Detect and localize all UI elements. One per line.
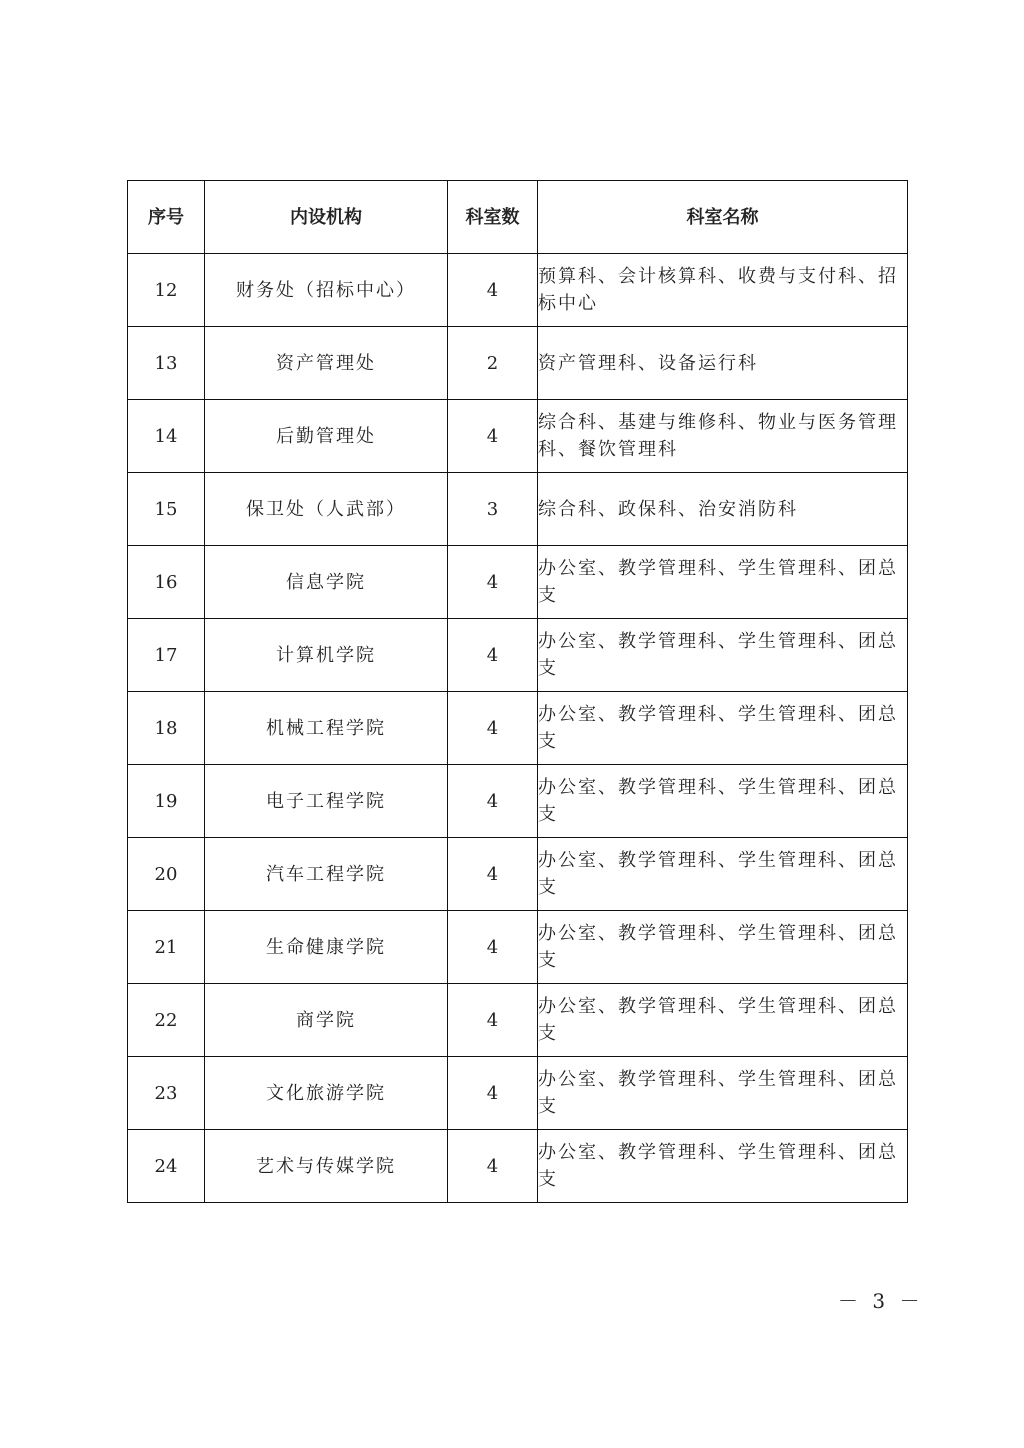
row-section-names: 预算科、会计核算科、收费与支付科、招标中心: [538, 254, 908, 327]
table-row: 22商学院4办公室、教学管理科、学生管理科、团总支: [128, 984, 908, 1057]
row-serial: 21: [128, 911, 205, 984]
row-section-count: 4: [448, 838, 538, 911]
header-section-count: 科室数: [448, 181, 538, 254]
header-department: 内设机构: [205, 181, 448, 254]
row-section-count: 3: [448, 473, 538, 546]
row-section-count: 4: [448, 400, 538, 473]
row-section-count: 4: [448, 984, 538, 1057]
row-section-names: 办公室、教学管理科、学生管理科、团总支: [538, 692, 908, 765]
row-serial: 22: [128, 984, 205, 1057]
page-number: － 3 －: [838, 1285, 923, 1314]
row-section-names: 综合科、基建与维修科、物业与医务管理科、餐饮管理科: [538, 400, 908, 473]
row-section-count: 4: [448, 765, 538, 838]
row-section-count: 4: [448, 911, 538, 984]
table-row: 12财务处（招标中心）4预算科、会计核算科、收费与支付科、招标中心: [128, 254, 908, 327]
row-section-names: 办公室、教学管理科、学生管理科、团总支: [538, 765, 908, 838]
header-serial: 序号: [128, 181, 205, 254]
row-department: 信息学院: [205, 546, 448, 619]
row-section-names: 办公室、教学管理科、学生管理科、团总支: [538, 838, 908, 911]
row-serial: 23: [128, 1057, 205, 1130]
table-row: 15保卫处（人武部）3综合科、政保科、治安消防科: [128, 473, 908, 546]
table-row: 20汽车工程学院4办公室、教学管理科、学生管理科、团总支: [128, 838, 908, 911]
row-section-count: 2: [448, 327, 538, 400]
row-department: 艺术与传媒学院: [205, 1130, 448, 1203]
row-serial: 12: [128, 254, 205, 327]
row-serial: 14: [128, 400, 205, 473]
row-serial: 19: [128, 765, 205, 838]
row-section-count: 4: [448, 546, 538, 619]
row-section-count: 4: [448, 1130, 538, 1203]
row-section-names: 办公室、教学管理科、学生管理科、团总支: [538, 619, 908, 692]
department-table: 序号 内设机构 科室数 科室名称 12财务处（招标中心）4预算科、会计核算科、收…: [127, 180, 908, 1203]
row-department: 文化旅游学院: [205, 1057, 448, 1130]
row-section-count: 4: [448, 254, 538, 327]
table-row: 16信息学院4办公室、教学管理科、学生管理科、团总支: [128, 546, 908, 619]
row-section-count: 4: [448, 619, 538, 692]
table-header-row: 序号 内设机构 科室数 科室名称: [128, 181, 908, 254]
row-department: 计算机学院: [205, 619, 448, 692]
row-department: 商学院: [205, 984, 448, 1057]
table-row: 21生命健康学院4办公室、教学管理科、学生管理科、团总支: [128, 911, 908, 984]
row-department: 后勤管理处: [205, 400, 448, 473]
table-row: 17计算机学院4办公室、教学管理科、学生管理科、团总支: [128, 619, 908, 692]
row-serial: 16: [128, 546, 205, 619]
row-section-names: 办公室、教学管理科、学生管理科、团总支: [538, 1057, 908, 1130]
row-section-names: 综合科、政保科、治安消防科: [538, 473, 908, 546]
row-department: 保卫处（人武部）: [205, 473, 448, 546]
row-section-count: 4: [448, 692, 538, 765]
row-serial: 18: [128, 692, 205, 765]
table-row: 18机械工程学院4办公室、教学管理科、学生管理科、团总支: [128, 692, 908, 765]
row-section-names: 办公室、教学管理科、学生管理科、团总支: [538, 546, 908, 619]
row-section-count: 4: [448, 1057, 538, 1130]
row-department: 机械工程学院: [205, 692, 448, 765]
table-row: 24艺术与传媒学院4办公室、教学管理科、学生管理科、团总支: [128, 1130, 908, 1203]
row-department: 财务处（招标中心）: [205, 254, 448, 327]
row-serial: 20: [128, 838, 205, 911]
row-serial: 17: [128, 619, 205, 692]
row-serial: 15: [128, 473, 205, 546]
row-serial: 13: [128, 327, 205, 400]
header-section-names: 科室名称: [538, 181, 908, 254]
row-section-names: 办公室、教学管理科、学生管理科、团总支: [538, 984, 908, 1057]
row-department: 生命健康学院: [205, 911, 448, 984]
row-section-names: 资产管理科、设备运行科: [538, 327, 908, 400]
row-section-names: 办公室、教学管理科、学生管理科、团总支: [538, 911, 908, 984]
row-department: 电子工程学院: [205, 765, 448, 838]
table-row: 13资产管理处2资产管理科、设备运行科: [128, 327, 908, 400]
row-department: 资产管理处: [205, 327, 448, 400]
table-row: 14后勤管理处4综合科、基建与维修科、物业与医务管理科、餐饮管理科: [128, 400, 908, 473]
row-serial: 24: [128, 1130, 205, 1203]
table-row: 23文化旅游学院4办公室、教学管理科、学生管理科、团总支: [128, 1057, 908, 1130]
row-section-names: 办公室、教学管理科、学生管理科、团总支: [538, 1130, 908, 1203]
row-department: 汽车工程学院: [205, 838, 448, 911]
table-row: 19电子工程学院4办公室、教学管理科、学生管理科、团总支: [128, 765, 908, 838]
